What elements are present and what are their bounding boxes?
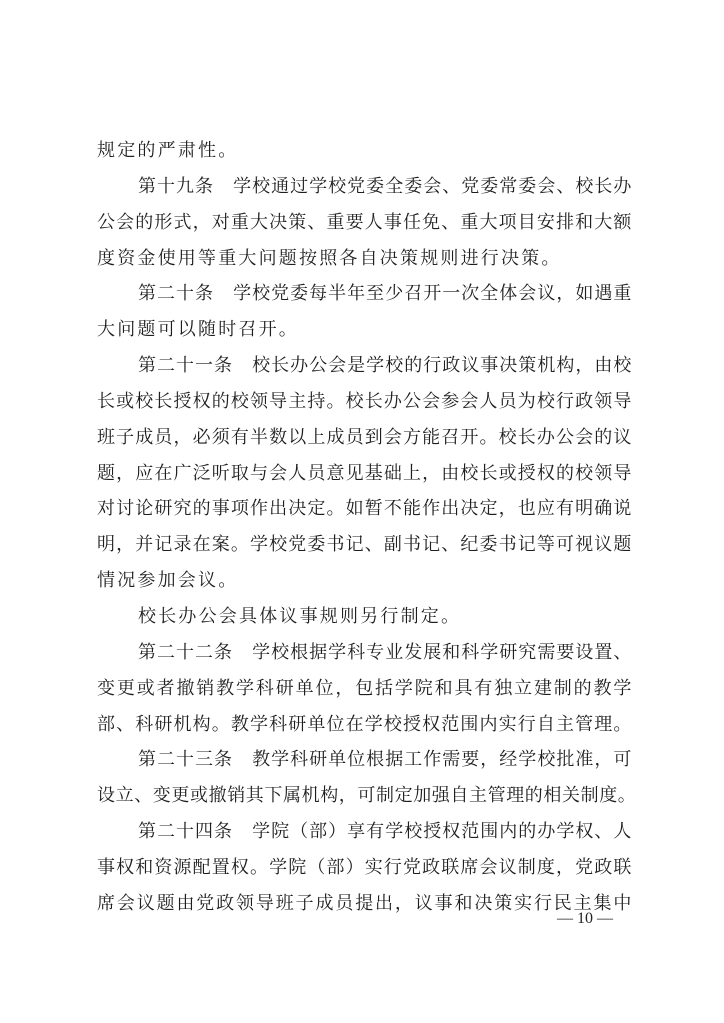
article-21-heading-line: 第二十一条 校长办公会是学校的行政议事决策机构，由校 [97,348,632,384]
body-text: 规定的严肃性。 第十九条 学校通过学校党委全委会、党委常委会、校长办 公会的形式… [97,133,632,922]
text-line: 规定的严肃性。 [97,133,632,169]
text-line: 班子成员，必须有半数以上成员到会方能召开。校长办公会的议 [97,420,632,456]
article-22-heading-line: 第二十二条 学校根据学科专业发展和科学研究需要设置、 [97,635,632,671]
text-line: 设立、变更或撤销其下属机构，可制定加强自主管理的相关制度。 [97,778,632,814]
page-number: — 10 — [540,910,630,928]
text-line: 变更或者撤销教学科研单位，包括学院和具有独立建制的教学 [97,671,632,707]
text-line: 度资金使用等重大问题按照各自决策规则进行决策。 [97,241,632,277]
text-line: 明，并记录在案。学校党委书记、副书记、纪委书记等可视议题 [97,527,632,563]
article-20-heading-line: 第二十条 学校党委每半年至少召开一次全体会议，如遇重 [97,276,632,312]
text-line: 对讨论研究的事项作出决定。如暂不能作出决定，也应有明确说 [97,491,632,527]
text-line: 情况参加会议。 [97,563,632,599]
text-line: 公会的形式，对重大决策、重要人事任免、重大项目安排和大额 [97,205,632,241]
article-19-heading-line: 第十九条 学校通过学校党委全委会、党委常委会、校长办 [97,169,632,205]
article-24-heading-line: 第二十四条 学院（部）享有学校授权范围内的办学权、人 [97,814,632,850]
text-line: 校长办公会具体议事规则另行制定。 [97,599,632,635]
text-line: 部、科研机构。教学科研单位在学校授权范围内实行自主管理。 [97,707,632,743]
document-page: 规定的严肃性。 第十九条 学校通过学校党委全委会、党委常委会、校长办 公会的形式… [0,0,724,1023]
text-line: 事权和资源配置权。学院（部）实行党政联席会议制度，党政联 [97,850,632,886]
text-line: 题，应在广泛听取与会人员意见基础上，由校长或授权的校领导 [97,456,632,492]
text-line: 大问题可以随时召开。 [97,312,632,348]
text-line: 长或校长授权的校领导主持。校长办公会参会人员为校行政领导 [97,384,632,420]
article-23-heading-line: 第二十三条 教学科研单位根据工作需要，经学校批准，可 [97,742,632,778]
